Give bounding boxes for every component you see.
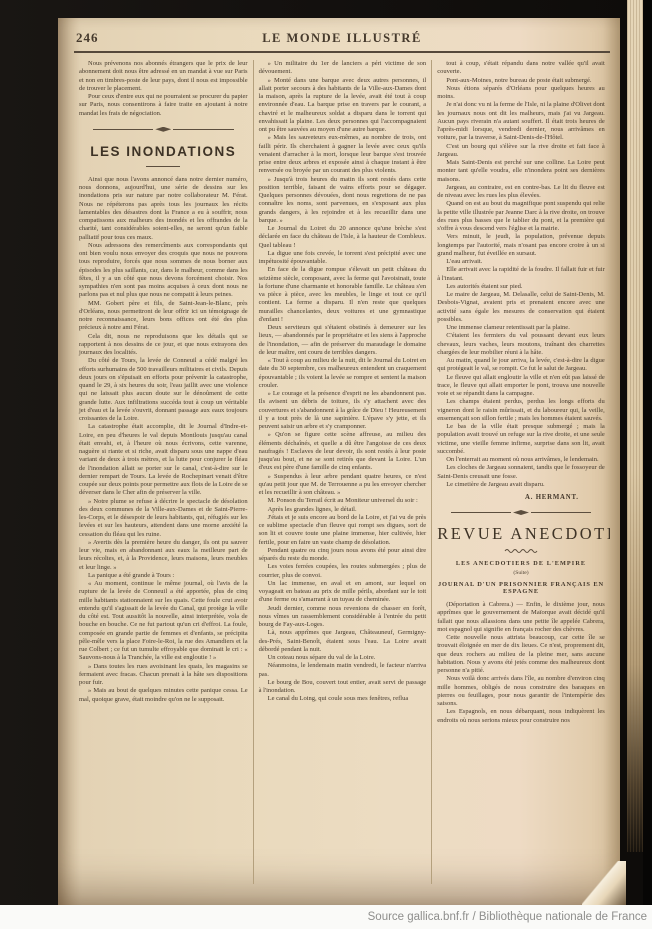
divider-ornament — [93, 127, 234, 132]
diamond-icon — [155, 127, 171, 132]
paragraph: La panique a été grande à Tours : — [79, 572, 248, 580]
article-body-col2: » Un militaire du 1er de lanciers a péri… — [259, 60, 427, 704]
squiggle-ornament — [504, 548, 538, 554]
paragraph: Vers minuit, le jeudi, la population, pr… — [437, 233, 605, 258]
paragraph: Le Journal du Loiret du 20 annonce qu'un… — [259, 225, 427, 250]
diamond-icon — [513, 510, 529, 515]
masthead-title: LE MONDE ILLUSTRÉ — [74, 31, 610, 46]
paragraph: Elle arrivait avec la rapidité de la fou… — [437, 266, 605, 283]
gallica-source-bar: Source gallica.bnf.fr / Bibliothèque nat… — [0, 905, 652, 929]
paragraph: La digue une fois crevée, le torrent s'e… — [259, 250, 427, 267]
paragraph: Nous prévenons nos abonnés étrangers que… — [79, 60, 248, 93]
paragraph: « Tout à coup au milieu de la nuit, dit … — [259, 357, 427, 390]
paragraph: Nous étions séparés d'Orléans pour quelq… — [437, 85, 605, 102]
paragraph: L'eau arrivait. — [437, 258, 605, 266]
scanned-page-viewport: 246 LE MONDE ILLUSTRÉ Nous prévenons nos… — [0, 0, 652, 929]
paragraph: C'est un bourg qui s'élève sur la rive d… — [437, 143, 605, 160]
paragraph: Jargeau, au contraire, est en contre-bas… — [437, 184, 605, 201]
paragraph: Au matin, quand le jour arriva, la levée… — [437, 357, 605, 374]
paragraph: Le bourg de Bou, couvert tout entier, av… — [259, 679, 427, 696]
paragraph: » Un militaire du 1er de lanciers a péri… — [259, 60, 427, 77]
paragraph: Nous adressons des remercîments aux corr… — [79, 242, 248, 300]
sheet-content: 246 LE MONDE ILLUSTRÉ Nous prévenons nos… — [74, 26, 610, 887]
paragraph: On l'enterrait au moment où nous arrivâm… — [437, 456, 605, 464]
title-rule — [146, 166, 180, 167]
paragraph: » Qu'on se figure cette scène affreuse, … — [259, 431, 427, 472]
paragraph: » Mais au bout de quelques minutes cette… — [79, 687, 248, 704]
paragraph: Le bas de la ville était presque submerg… — [437, 423, 605, 456]
paragraph: Cela dit, nous ne reproduisons que les d… — [79, 333, 248, 358]
paragraph: Je n'ai donc vu ni la ferme de l'Isle, n… — [437, 101, 605, 142]
paragraph: Pour ceux d'entre eux qui ne pourraient … — [79, 93, 248, 118]
header-rule — [74, 51, 610, 53]
paragraph: Deux serviteurs qui s'étaient obstinés à… — [259, 324, 427, 357]
paragraph: Là, nous apprîmes que Jargeau, Châteaune… — [259, 629, 427, 654]
paragraph: Le canal du Loing, qui coule sous mes fe… — [259, 695, 427, 703]
paragraph: Quand on est au bout du magnifique pont … — [437, 200, 605, 233]
paragraph: En face de la digue rompue s'élevait un … — [259, 266, 427, 324]
paragraph: La catastrophe était accomplie, dit le J… — [79, 423, 248, 497]
newspaper-sheet: 246 LE MONDE ILLUSTRÉ Nous prévenons nos… — [58, 18, 620, 905]
paragraph: » Le courage et la présence d'esprit ne … — [259, 390, 427, 431]
paragraph: Un coteau nous sépare du val de la Loire… — [259, 654, 427, 662]
article-body-col1: Ainsi que nous l'avons annoncé dans notr… — [79, 176, 248, 704]
paragraph: Pont-aux-Moines, notre bureau de poste é… — [437, 77, 605, 85]
revue-title: REVUE ANECDOTIQUE — [437, 524, 605, 544]
text-columns: Nous prévenons nos abonnés étrangers que… — [74, 60, 610, 884]
scan-background-right — [643, 0, 652, 929]
source-attribution: Source gallica.bnf.fr / Bibliothèque nat… — [368, 911, 647, 923]
paragraph: Pendant quatre ou cinq jours nous avons … — [259, 547, 427, 564]
paragraph: J'étais et je suis encore au bord de la … — [259, 514, 427, 547]
paragraph: Le fleuve qui allait engloutir la ville … — [437, 374, 605, 399]
revue-section-heading: JOURNAL D'UN PRISONNIER FRANÇAIS EN ESPA… — [437, 581, 605, 595]
column-1: Nous prévenons nos abonnés étrangers que… — [74, 60, 253, 884]
paragraph: Jeudi dernier, comme nous revenions de c… — [259, 605, 427, 630]
paragraph: Les autorités étaient sur pied. — [437, 283, 605, 291]
paragraph: Les champs étaient perdus, perdus les lo… — [437, 398, 605, 423]
book-fore-edge — [627, 0, 644, 852]
paragraph: Mais Saint-Denis est perché sur une coll… — [437, 159, 605, 184]
paragraph: Une immense clameur retentissait par la … — [437, 324, 605, 332]
paragraph: » Dans toutes les rues avoisinant les qu… — [79, 663, 248, 688]
paragraph: Nous voilà donc arrivés dans l'île, au n… — [437, 675, 605, 708]
paragraph: » Jusqu'à trois heures du matin ils sont… — [259, 176, 427, 226]
paragraph: M. Ponson du Terrail écrit au Moniteur u… — [259, 497, 427, 505]
paragraph: C'étaient les fermiers du val poussant d… — [437, 332, 605, 357]
paragraph: Ainsi que nous l'avons annoncé dans notr… — [79, 176, 248, 242]
revue-body: (Déportation à Cabrera.) — Enfin, le dix… — [437, 601, 605, 725]
paragraph: Après les grandes lignes, le détail. — [259, 506, 427, 514]
paragraph: Du côté de Tours, la levée de Conneuil a… — [79, 357, 248, 423]
paragraph: Le cimetière de Jargeau avait disparu. — [437, 481, 605, 489]
paragraph: Néanmoins, le lendemain matin vendredi, … — [259, 662, 427, 679]
paragraph: Un lac immense, en aval et en amont, sur… — [259, 580, 427, 605]
article-title: LES INONDATIONS — [79, 144, 248, 159]
column-2: » Un militaire du 1er de lanciers a péri… — [253, 60, 432, 884]
paragraph: Les cloches de Jargeau sonnaient, tandis… — [437, 464, 605, 481]
page-header: 246 LE MONDE ILLUSTRÉ — [74, 26, 610, 48]
paragraph: Les Espagnols, en nous débarquant, nous … — [437, 708, 605, 725]
subscriber-notice: Nous prévenons nos abonnés étrangers que… — [79, 60, 248, 118]
divider-ornament — [451, 510, 591, 515]
paragraph: » Mais les sauveteurs eux-mêmes, au nomb… — [259, 134, 427, 175]
paragraph: » Suspendus à leur arbre pendant quatre … — [259, 473, 427, 498]
paragraph: tout à coup, s'était répandu dans notre … — [437, 60, 605, 77]
column-3: tout à coup, s'était répandu dans notre … — [431, 60, 610, 884]
paragraph: » Monté dans une barque avec deux autres… — [259, 77, 427, 135]
author-signature: A. HERMANT. — [437, 494, 605, 501]
paragraph: » Notre plume se refuse à décrire le spe… — [79, 498, 248, 539]
paragraph: Les voies ferrées coupées, les routes su… — [259, 563, 427, 580]
revue-suite: (Suite) — [437, 570, 605, 576]
paragraph: » Avertis dès la première heure du dange… — [79, 539, 248, 572]
paragraph: Cette nouvelle nous attrista beaucoup, c… — [437, 634, 605, 675]
revue-subtitle: LES ANECDOTIERS DE L'EMPIRE — [437, 560, 605, 567]
paragraph: MM. Gobert père et fils, de Saint-Jean-l… — [79, 300, 248, 333]
paragraph: (Déportation à Cabrera.) — Enfin, le dix… — [437, 601, 605, 634]
article-body-col3: tout à coup, s'était répandu dans notre … — [437, 60, 605, 489]
paragraph: « Au moment, continue le même journal, o… — [79, 580, 248, 663]
paragraph: Le maire de Jargeau, M. Delasalle, celui… — [437, 291, 605, 324]
